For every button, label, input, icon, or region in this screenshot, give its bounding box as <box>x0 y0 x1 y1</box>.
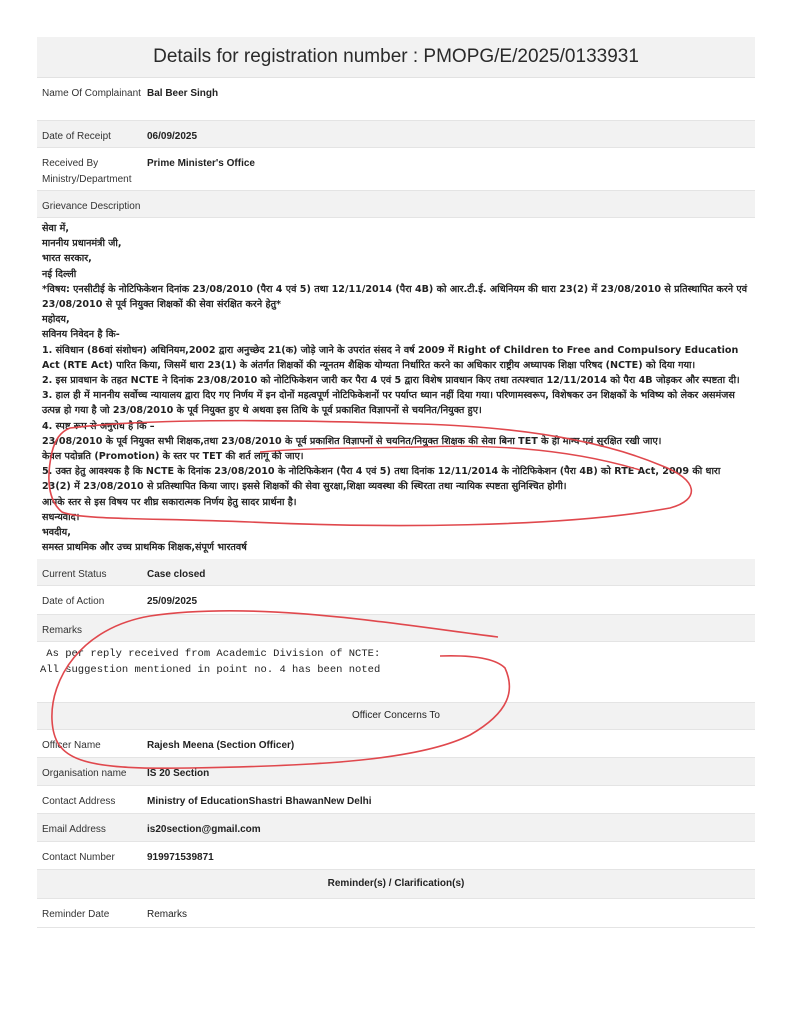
grievance-line: 4. स्पष्ट रूप से अनुरोध है कि – <box>42 419 750 434</box>
grievance-line: नई दिल्ली <box>42 267 750 282</box>
row-organisation: Organisation name IS 20 Section <box>37 758 755 786</box>
current-status-value: Case closed <box>147 559 205 585</box>
complainant-value: Bal Beer Singh <box>147 78 218 120</box>
page-title: Details for registration number : PMOPG/… <box>37 37 755 78</box>
date-of-action-value: 25/09/2025 <box>147 586 197 614</box>
date-of-action-label: Date of Action <box>37 586 147 614</box>
grievance-line: भवदीय, <box>42 525 750 540</box>
grievance-line: केवल पदोन्नति (Promotion) के स्तर पर TET… <box>42 449 750 464</box>
reminders-section-title: Reminder(s) / Clarification(s) <box>37 870 755 899</box>
received-by-value: Prime Minister's Office <box>147 148 255 190</box>
grievance-line: सविनय निवेदन है कि- <box>42 327 750 342</box>
row-received-by: Received By Ministry/Department Prime Mi… <box>37 148 755 191</box>
row-current-status: Current Status Case closed <box>37 559 755 586</box>
row-grievance-header: Grievance Description <box>37 191 755 218</box>
officer-section-title: Officer Concerns To <box>37 703 755 730</box>
grievance-line: महोदय, <box>42 312 750 327</box>
current-status-label: Current Status <box>37 559 147 585</box>
receipt-value: 06/09/2025 <box>147 121 197 147</box>
receipt-label: Date of Receipt <box>37 121 147 147</box>
grievance-line: *विषय: एनसीटीई के नोटिफिकेशन दिनांक 23/0… <box>42 282 750 312</box>
received-by-label: Received By Ministry/Department <box>37 148 147 190</box>
reminder-date-header: Reminder Date <box>37 899 147 927</box>
grievance-line: 2. इस प्रावधान के तहत NCTE ने दिनांक 23/… <box>42 373 750 388</box>
row-contact-address: Contact Address Ministry of EducationSha… <box>37 786 755 814</box>
grievance-line: भारत सरकार, <box>42 251 750 266</box>
row-contact-number: Contact Number 919971539871 <box>37 842 755 870</box>
grievance-line: 1. संविधान (86वां संशोधन) अधिनियम,2002 द… <box>42 343 750 373</box>
contact-address-value: Ministry of EducationShastri BhawanNew D… <box>147 786 371 813</box>
registration-details-table: Details for registration number : PMOPG/… <box>37 37 755 928</box>
row-date-of-receipt: Date of Receipt 06/09/2025 <box>37 121 755 148</box>
grievance-line: 3. हाल ही में माननीय सर्वोच्च न्यायालय द… <box>42 388 750 418</box>
contact-number-label: Contact Number <box>37 842 147 869</box>
officer-name-value: Rajesh Meena (Section Officer) <box>147 730 294 757</box>
email-label: Email Address <box>37 814 147 841</box>
complainant-label: Name Of Complainant <box>37 78 147 120</box>
row-remarks-header: Remarks <box>37 615 755 642</box>
organisation-value: IS 20 Section <box>147 758 209 785</box>
grievance-line: 23/08/2010 के पूर्व नियुक्त सभी शिक्षक,त… <box>42 434 750 449</box>
grievance-description: सेवा में,माननीय प्रधानमंत्री जी,भारत सरक… <box>37 218 755 559</box>
officer-name-label: Officer Name <box>37 730 147 757</box>
grievance-line: माननीय प्रधानमंत्री जी, <box>42 236 750 251</box>
email-value: is20section@gmail.com <box>147 814 261 841</box>
row-complainant: Name Of Complainant Bal Beer Singh <box>37 78 755 121</box>
row-email: Email Address is20section@gmail.com <box>37 814 755 842</box>
grievance-line: आपके स्तर से इस विषय पर शीघ्र सकारात्मक … <box>42 495 750 510</box>
reminder-remarks-header: Remarks <box>147 899 187 927</box>
grievance-label: Grievance Description <box>37 191 242 217</box>
row-officer-name: Officer Name Rajesh Meena (Section Offic… <box>37 730 755 758</box>
row-date-of-action: Date of Action 25/09/2025 <box>37 586 755 615</box>
contact-number-value: 919971539871 <box>147 842 214 869</box>
remarks-label: Remarks <box>37 615 147 641</box>
contact-address-label: Contact Address <box>37 786 147 813</box>
organisation-label: Organisation name <box>37 758 147 785</box>
grievance-line: 5. उक्त हेतु आवश्यक है कि NCTE के दिनांक… <box>42 464 750 494</box>
grievance-line: सेवा में, <box>42 221 750 236</box>
row-reminders-header: Reminder Date Remarks <box>37 899 755 928</box>
grievance-line: सधन्यवाद। <box>42 510 750 525</box>
grievance-line: समस्त प्राथमिक और उच्च प्राथमिक शिक्षक,स… <box>42 540 750 555</box>
remarks-text: As per reply received from Academic Divi… <box>37 642 755 703</box>
